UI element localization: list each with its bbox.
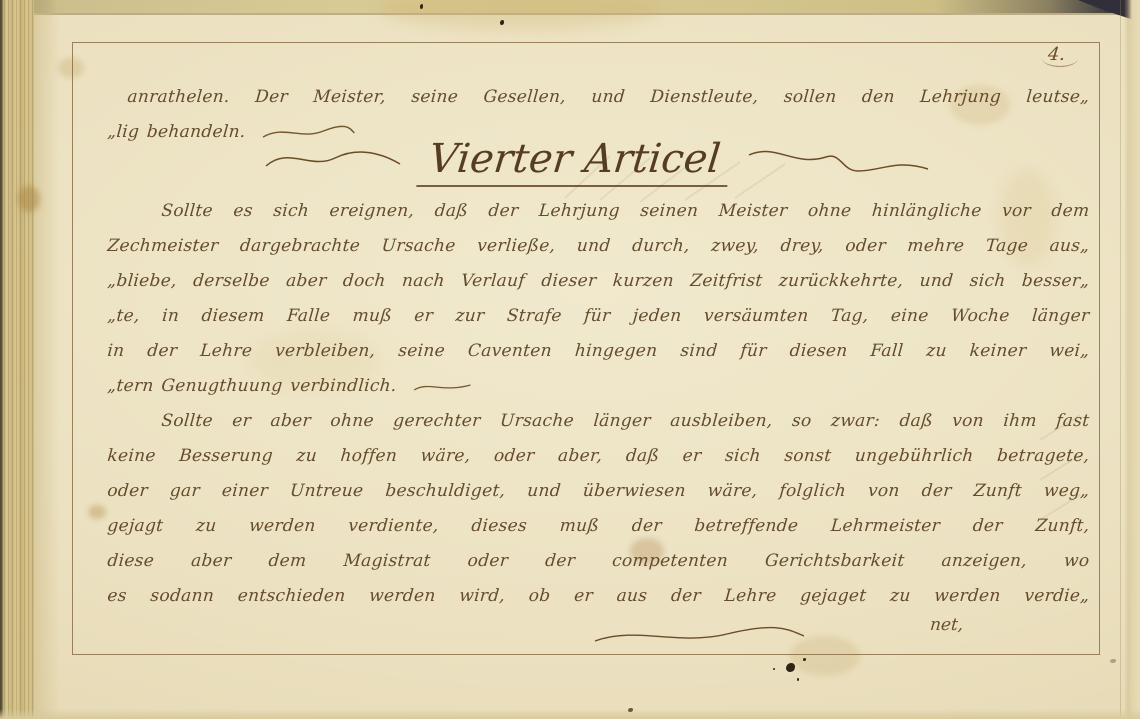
heading-row: Vierter Articel [106, 133, 1088, 189]
ink-speck [773, 668, 775, 670]
manuscript-line-text: „tern Genugthuung verbindlich. [107, 376, 398, 396]
catchword: net, [929, 612, 965, 638]
flourish-icon [746, 141, 931, 181]
paragraph-1: Sollte es sich ereignen, daß der Lehrjun… [106, 194, 1088, 404]
manuscript-line: oder gar einer Untreue beschuldiget, und… [106, 474, 1091, 509]
flourish-icon [592, 624, 807, 648]
manuscript-line: diese aber dem Magistrat oder der compet… [106, 544, 1091, 579]
manuscript-line: „tern Genugthuung verbindlich. [106, 369, 1091, 404]
paragraph-2: Sollte er aber ohne gerechter Ursache lä… [106, 404, 1088, 614]
article-heading: Vierter Articel [416, 135, 733, 187]
manuscript-line: gejagt zu werden verdiente, dieses muß d… [106, 509, 1091, 544]
ink-speck [786, 663, 795, 672]
ink-speck [1110, 659, 1116, 663]
manuscript-scan: 4. anrathelen. Der Meister, seine Gesell… [0, 0, 1140, 719]
page-right-edge [1124, 0, 1140, 719]
book-binding-shadow [34, 0, 60, 719]
manuscript-line: anrathelen. Der Meister, seine Gesellen,… [106, 80, 1091, 115]
manuscript-line: keine Besserung zu hoffen wäre, oder abe… [106, 439, 1091, 474]
manuscript-line: Zechmeister dargebrachte Ursache verließ… [106, 229, 1091, 264]
paper-crease [1120, 0, 1121, 719]
manuscript-line: „bliebe, derselbe aber doch nach Verlauf… [106, 264, 1091, 299]
page-number-flourish [1042, 50, 1078, 67]
page-bottom-edge [0, 709, 1140, 719]
flourish-icon [263, 144, 403, 178]
manuscript-line: in der Lehre verbleiben, seine Caventen … [106, 334, 1091, 369]
manuscript-line: es sodann entschieden werden wird, ob er… [106, 579, 1091, 614]
stain [18, 186, 40, 212]
ink-speck [797, 678, 799, 681]
book-binding-edge [0, 0, 34, 719]
flourish-icon [412, 379, 473, 395]
manuscript-line: Sollte es sich ereignen, daß der Lehrjun… [106, 194, 1091, 229]
manuscript-line: „te, in diesem Falle muß er zur Strafe f… [106, 299, 1091, 334]
manuscript-line: Sollte er aber ohne gerechter Ursache lä… [106, 404, 1091, 439]
